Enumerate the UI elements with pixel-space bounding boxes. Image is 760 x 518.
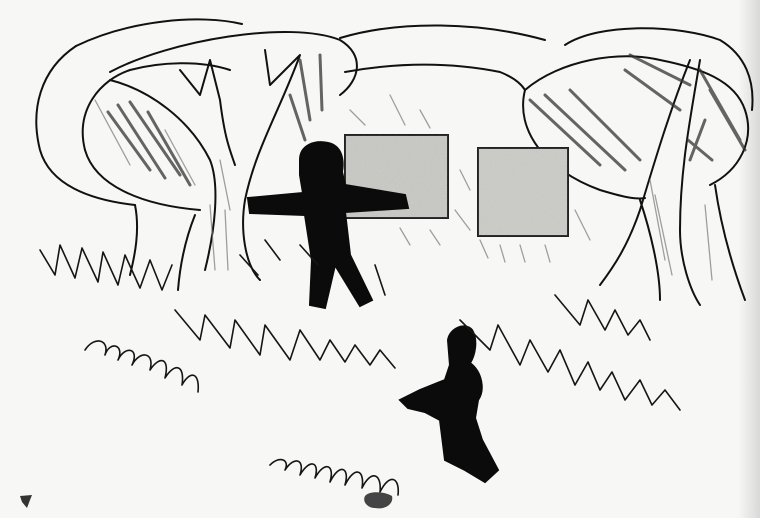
drawing-canvas: [0, 0, 760, 518]
paper-edge-shadow: [738, 0, 760, 518]
smudges: [20, 492, 392, 508]
gray-box-right: [478, 148, 568, 236]
left-tree: [83, 50, 322, 290]
small-figure: [400, 326, 498, 482]
drawing: [0, 0, 760, 518]
